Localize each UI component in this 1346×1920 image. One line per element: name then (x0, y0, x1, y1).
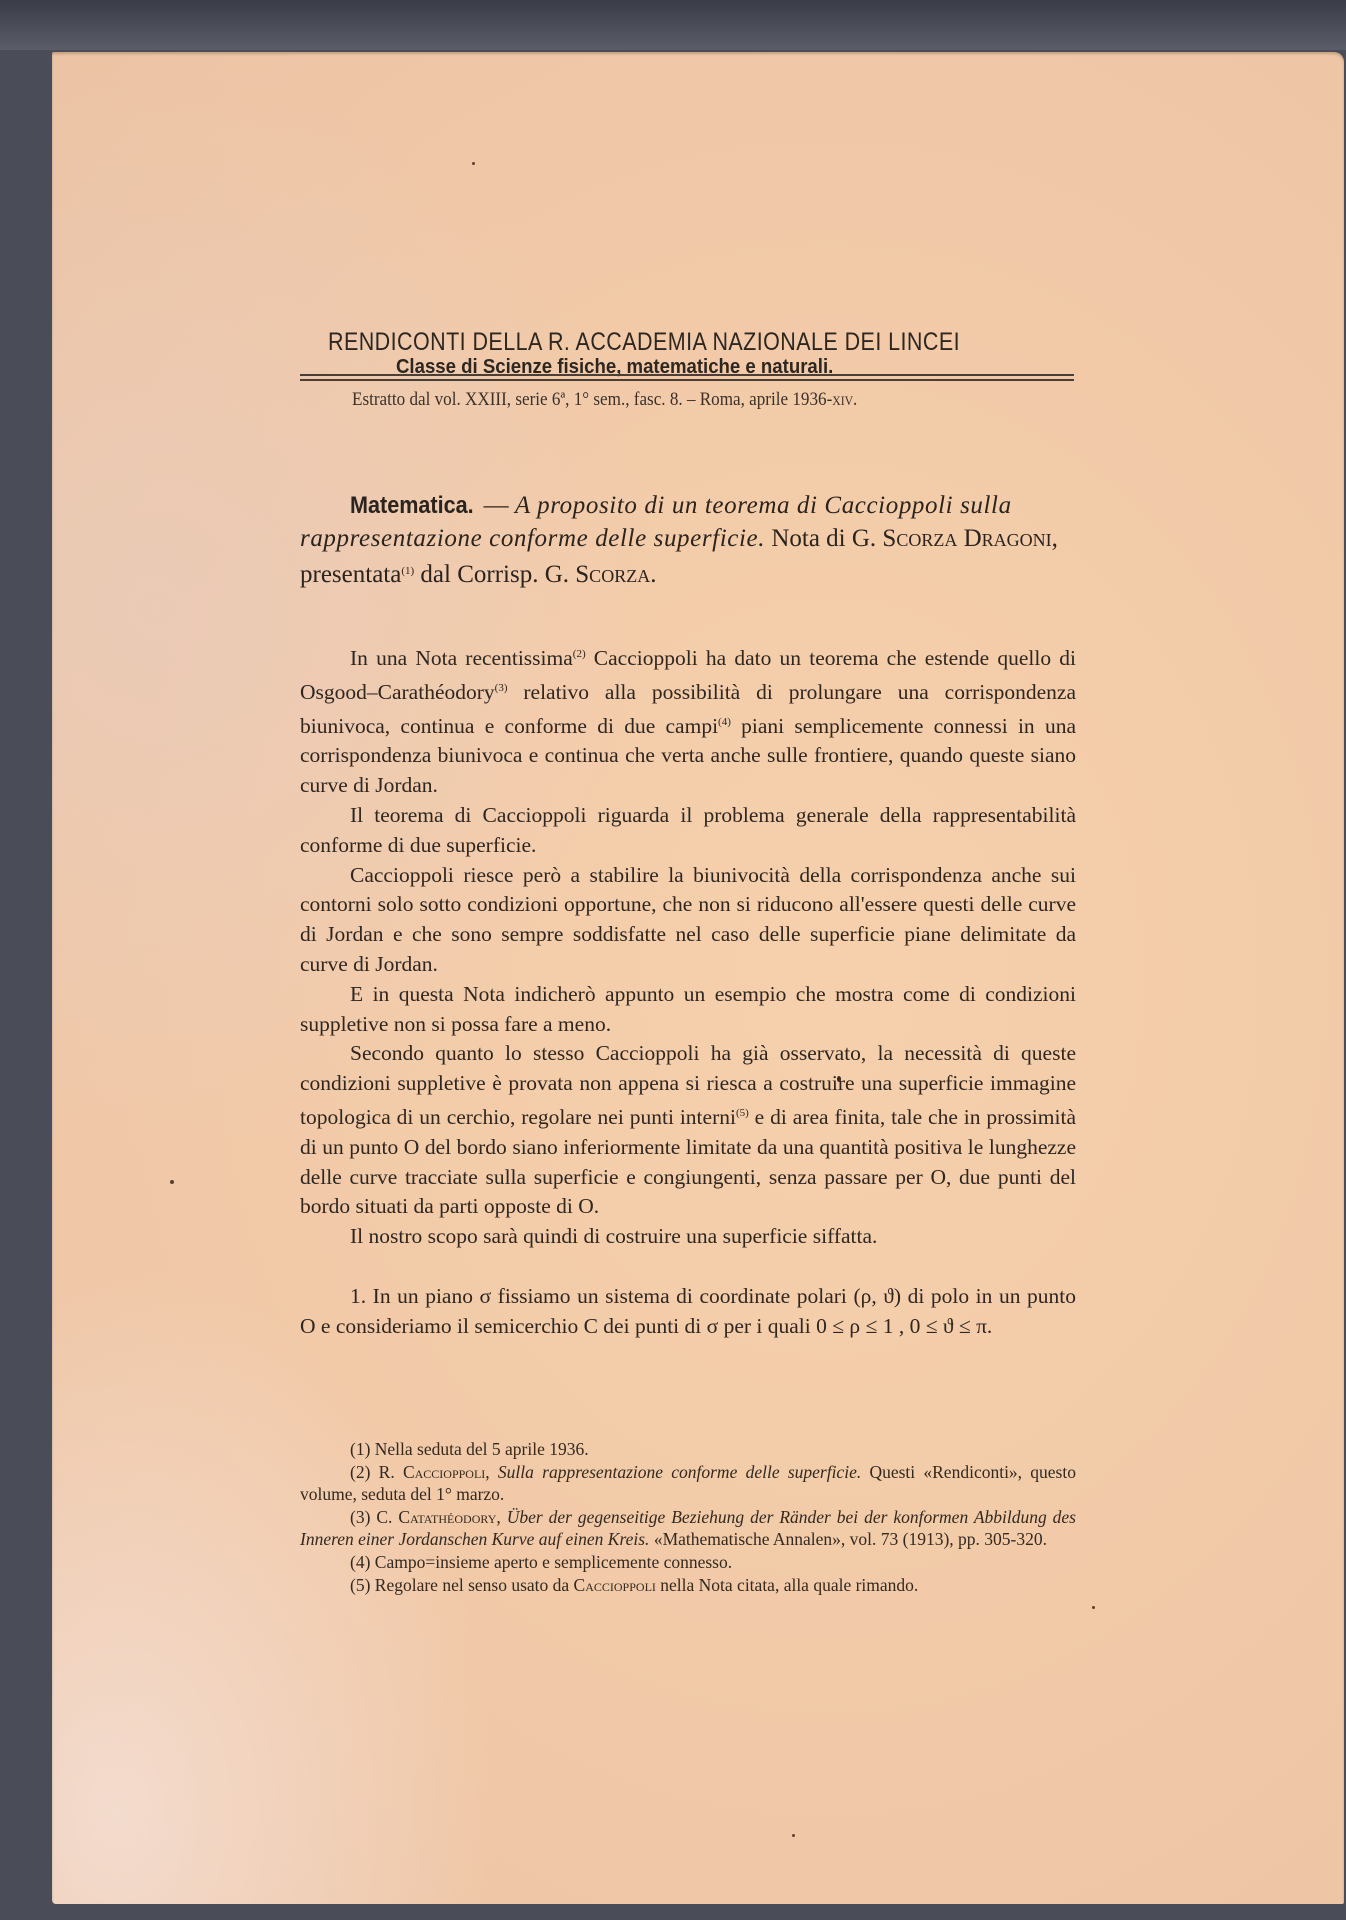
text-run: In una Nota recentissima (350, 646, 573, 670)
footnote-number: (1) (350, 1439, 370, 1459)
title-end: . (650, 561, 656, 588)
footnotes: (1) Nella seduta del 5 aprile 1936.(2) R… (300, 1438, 1076, 1596)
text-run: , (485, 1462, 498, 1482)
paper-title-block: Matematica. — A proposito di un teorema … (300, 489, 1080, 591)
text-run: Campo=insieme aperto e semplicemente con… (370, 1552, 732, 1572)
text-run: E in questa Nota indicherò appunto un es… (300, 982, 1076, 1036)
author-name: Caccioppoli (403, 1462, 485, 1482)
body-paragraph: Caccioppoli riesce però a stabilire la b… (300, 861, 1076, 980)
body-paragraph: Secondo quanto lo stesso Caccioppoli ha … (300, 1039, 1076, 1222)
footnote: (5) Regolare nel senso usato da Cacciopp… (300, 1574, 1076, 1597)
footnote-number: (2) (350, 1462, 370, 1482)
text-run: Nella seduta del 5 aprile 1936. (370, 1439, 588, 1459)
footnote: (1) Nella seduta del 5 aprile 1936. (300, 1438, 1076, 1461)
extract-text: Estratto dal vol. XXIII, serie 6ª, 1° se… (352, 389, 832, 410)
text-run: C. (370, 1507, 398, 1527)
nota-di: Nota di G. (765, 525, 882, 552)
text-run: «Mathematische Annalen», vol. 73 (1913),… (649, 1529, 1047, 1549)
footnote-ref-1[interactable]: (1) (401, 565, 414, 577)
body-paragraph: In una Nota recentissima(2) Caccioppoli … (300, 640, 1076, 801)
footnote: (3) C. Catathéodory, Über der gegenseiti… (300, 1506, 1076, 1551)
body-paragraph: Il nostro scopo sarà quindi di costruire… (300, 1222, 1076, 1252)
paper-speck (792, 1834, 795, 1837)
footnote: (4) Campo=insieme aperto e semplicemente… (300, 1551, 1076, 1574)
footnote-number: (3) (350, 1507, 370, 1527)
paper-speck (170, 1180, 174, 1184)
footnote-number: (4) (350, 1552, 370, 1572)
text-run: R. (370, 1462, 403, 1482)
footnote-number: (5) (350, 1575, 370, 1595)
paper-speck (472, 162, 475, 165)
text-run: , (496, 1507, 506, 1527)
text-run: 1. In un piano σ fissiamo un sistema di … (300, 1284, 1076, 1338)
paper-page: RENDICONTI DELLA R. ACCADEMIA NAZIONALE … (52, 52, 1344, 1904)
footnote-ref[interactable]: (2) (573, 648, 586, 660)
header-rule-bottom (300, 379, 1074, 381)
author-name: Catathéodory (398, 1507, 496, 1527)
text-run: nella Nota citata, alla quale rimando. (656, 1575, 918, 1595)
paper-speck (837, 1076, 841, 1082)
body-paragraph: E in questa Nota indicherò appunto un es… (300, 980, 1076, 1040)
paper-speck (1092, 1606, 1095, 1609)
extract-era: xiv. (832, 389, 857, 410)
dal-corrisp: dal Corrisp. G. (414, 561, 575, 588)
body-paragraph: Il teorema di Caccioppoli riguarda il pr… (300, 801, 1076, 861)
journal-title: RENDICONTI DELLA R. ACCADEMIA NAZIONALE … (328, 328, 1076, 357)
footnote-ref[interactable]: (3) (495, 682, 508, 694)
author-name: Scorza Dragoni (882, 525, 1051, 552)
cited-title: Sulla rappresentazione conforme delle su… (498, 1462, 861, 1482)
text-run: Caccioppoli riesce però a stabilire la b… (300, 863, 1076, 976)
text-run: Regolare nel senso usato da (370, 1575, 573, 1595)
body-text: In una Nota recentissima(2) Caccioppoli … (300, 640, 1076, 1342)
header-rule-top (300, 374, 1074, 376)
section-1-paragraph: 1. In un piano σ fissiamo un sistema di … (300, 1282, 1076, 1342)
footnote-ref[interactable]: (5) (736, 1107, 749, 1119)
presenter-name: Scorza (575, 561, 650, 588)
footnote-ref[interactable]: (4) (718, 716, 731, 728)
text-run: Il nostro scopo sarà quindi di costruire… (350, 1224, 877, 1248)
author-name: Caccioppoli (574, 1575, 656, 1595)
title-dash: — (477, 492, 515, 519)
footnote: (2) R. Caccioppoli, Sulla rappresentazio… (300, 1461, 1076, 1506)
extract-info: Estratto dal vol. XXIII, serie 6ª, 1° se… (352, 389, 857, 411)
text-run: Il teorema di Caccioppoli riguarda il pr… (300, 803, 1076, 857)
scan-backdrop (0, 0, 1346, 50)
section-label: Matematica. (350, 489, 474, 522)
